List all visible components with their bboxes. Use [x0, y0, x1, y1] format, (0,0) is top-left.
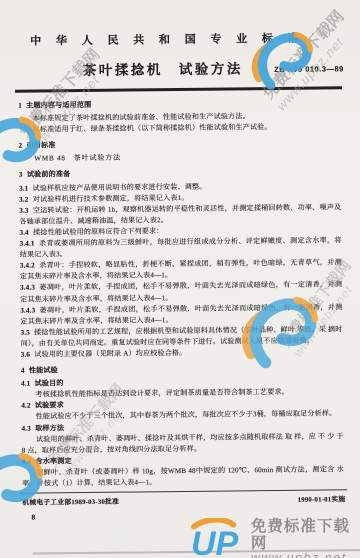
clause-number: 3.4.1	[20, 240, 35, 248]
clause-number: 4.2	[21, 402, 30, 410]
clause-number: 3.5	[21, 328, 30, 336]
watermark-site-url: www.upbz.net	[251, 552, 360, 558]
svg-text:UP: UP	[191, 525, 239, 558]
clause-number: 3.4.3	[20, 284, 35, 292]
clause-number: 3.3	[19, 206, 28, 214]
header-rule	[15, 86, 342, 92]
up-wordmark-icon: UP	[190, 518, 245, 558]
section-heading: 1主题内容与适用范围	[18, 97, 340, 111]
section-heading: 4性能试验	[21, 362, 343, 376]
approval-note: 机械电子工业部1989-03-30批准	[22, 496, 119, 507]
clause-number: 3.4.3	[20, 306, 35, 314]
clause-number: 3.4	[19, 229, 28, 237]
clause-number: 3.2	[19, 195, 28, 203]
section-heading: 2引用标准	[19, 138, 341, 152]
standard-label: 中 华 人 民 共 和 国 专 业 标 准	[0, 29, 338, 49]
clause-number: 4.3	[22, 424, 31, 432]
paragraph: 本标准适用于红、绿条茶揉捻机（以下简称揉捻机）性能试验和生产试验。	[18, 121, 340, 135]
page-content: 中 华 人 民 共 和 国 专 业 标 准 茶叶揉捻机 试验方法 ZB X99 …	[0, 0, 360, 558]
watermark-site-name: 免费标准下载网	[251, 518, 360, 552]
implementation-note: 1990-01-01实施	[298, 493, 346, 503]
document-body: 1主题内容与适用范围本标准规定了茶叶揉捻机的试验前准备、性能试验和生产试验方法。…	[18, 96, 344, 489]
paragraph: 3.5揉捻性能试验所用的工艺规程，应根据机型和试验原料具体情况（茶叶品种、鲜叶 …	[20, 324, 342, 350]
clause-number: 3.4.2	[20, 262, 35, 270]
standard-number: ZB X99 010.3—89	[274, 64, 344, 74]
page-number: 8	[31, 513, 35, 522]
clause-number: 4.4	[22, 457, 31, 465]
clause-number: 2	[19, 142, 23, 150]
paragraph: WMB 48 茶叶试验方法	[34, 151, 340, 165]
clause-number: 4.1	[21, 380, 30, 388]
clause-number: 4	[21, 367, 25, 375]
scanned-standard-page: { "header": { "standard_label": "中 华 人 民…	[0, 0, 360, 558]
clause-number: 3.1	[19, 184, 28, 192]
paragraph: 3.6试验用的主要仪器（见附录 A）均应校验合格。	[21, 346, 343, 360]
clause-number: 1	[18, 102, 22, 110]
clause-number: 3	[19, 171, 23, 179]
watermark-bottom: UP 免费标准下载网 www.upbz.net	[190, 518, 360, 558]
clause-number: 3.6	[21, 351, 30, 359]
paragraph: 取鲜叶、杀青叶（或萎凋叶）样 10g，按WMB 48中规定的 120℃、60mi…	[22, 464, 344, 490]
section-heading: 3试验前的准备	[19, 167, 341, 181]
